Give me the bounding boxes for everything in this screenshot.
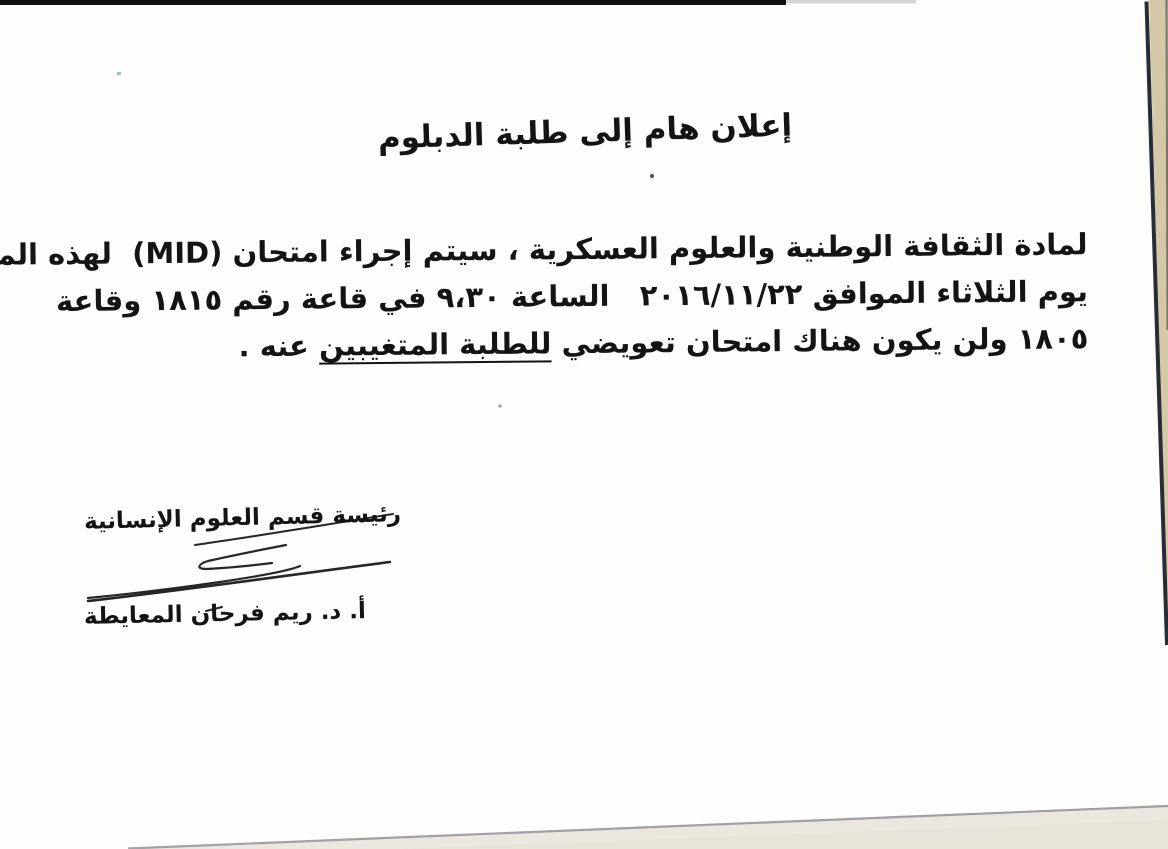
scan-right-edge-wedge	[1149, 0, 1168, 635]
scan-right-edge-sliver	[1167, 0, 1168, 330]
signature-stroke-wave	[199, 545, 286, 569]
signature-role: رئيسة قسم العلوم الإنسانية	[84, 501, 402, 535]
ink-dot-under-title	[650, 174, 654, 178]
body-line-3-start: ١٨٠٥ ولن يكون هناك امتحان تعويضي	[551, 321, 1088, 360]
announcement-body: لمادة الثقافة الوطنية والعلوم العسكرية ،…	[83, 221, 1088, 372]
signature-stroke-upper	[88, 566, 300, 598]
body-line-3-underlined-phrase: للطلبة المتغيبين	[319, 326, 552, 362]
scan-right-edge-line	[1147, 2, 1168, 646]
body-line-3-end: عنه .	[238, 329, 319, 364]
scan-bottom-edge-shade	[400, 820, 1168, 849]
scan-speck-color	[117, 72, 121, 75]
scan-bottom-edge-line	[128, 806, 1168, 849]
scan-bottom-edge-wedge	[128, 805, 1168, 849]
signature-name: أ. د. ريم فرحان المعايطة	[84, 598, 366, 630]
scan-top-band-fade	[786, 0, 916, 4]
scan-speck	[498, 404, 502, 408]
body-line-3: ١٨٠٥ ولن يكون هناك امتحان تعويضي للطلبة …	[84, 315, 1088, 372]
announcement-title: إعلان هام إلى طلبة الدبلوم	[320, 106, 851, 159]
scan-top-band	[0, 0, 786, 5]
scanned-page: إعلان هام إلى طلبة الدبلوم لمادة الثقافة…	[0, 0, 1168, 849]
signature-stroke-lower	[88, 562, 390, 601]
